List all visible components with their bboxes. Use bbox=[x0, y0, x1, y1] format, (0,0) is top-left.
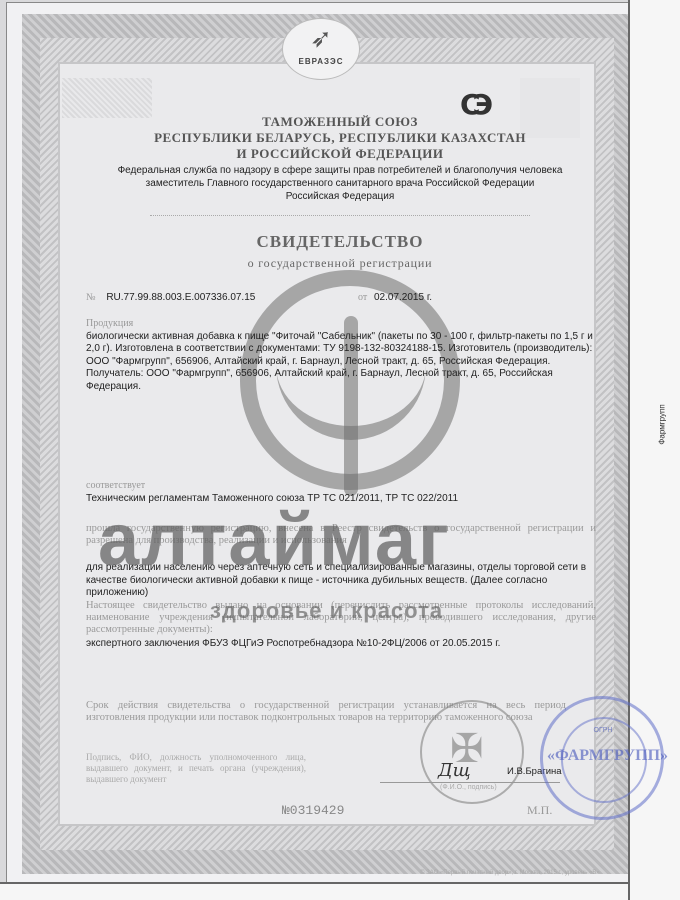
registration-line: № RU.77.99.88.003.Е.007336.07.15 от 02.0… bbox=[86, 292, 596, 305]
conformity-label: соответствует bbox=[86, 480, 596, 493]
margin-note: Фармгрупп bbox=[658, 404, 667, 444]
date-label: от bbox=[358, 292, 367, 305]
watermark-tagline: здоровье и красота bbox=[210, 598, 443, 624]
stamp-firm-name: «ФАРМГРУПП» bbox=[547, 747, 659, 765]
product-text: биологически активная добавка к пище "Фи… bbox=[86, 331, 596, 394]
agency-line-3: Российская Федерация bbox=[90, 190, 590, 203]
scan-bottom-margin bbox=[0, 882, 628, 900]
product-section: Продукция биологически активная добавка … bbox=[86, 318, 596, 393]
divider bbox=[150, 215, 530, 216]
header-line-3: И РОССИЙСКОЙ ФЕДЕРАЦИИ bbox=[90, 146, 590, 162]
watermark-brand: алтаймаг bbox=[98, 500, 451, 580]
security-pattern bbox=[62, 78, 152, 118]
header-line-2: РЕСПУБЛИКИ БЕЛАРУСЬ, РЕСПУБЛИКИ КАЗАХСТА… bbox=[90, 130, 590, 146]
stamp-place-mark: М.П. bbox=[527, 803, 552, 818]
registration-number: RU.77.99.88.003.Е.007336.07.15 bbox=[106, 292, 255, 303]
signature-line bbox=[380, 782, 560, 783]
product-label: Продукция bbox=[86, 318, 596, 331]
document-title: СВИДЕТЕЛЬСТВО bbox=[90, 232, 590, 252]
printer-note: © ЗАО «Первый печатный двор», г. Москва,… bbox=[420, 870, 600, 876]
eaes-label: ЕВРАЗЭС bbox=[283, 57, 359, 66]
registration-date: 02.07.2015 г. bbox=[374, 292, 432, 305]
stamp-ogrn: ОГРН bbox=[573, 727, 633, 734]
signature-caption: (Ф.И.О., подпись) bbox=[440, 784, 497, 791]
number-label: № bbox=[86, 292, 96, 303]
signature-label: Подпись, ФИО, должность уполномоченного … bbox=[86, 752, 306, 785]
eaes-logo: ➶ ЕВРАЗЭС bbox=[282, 18, 360, 80]
agency-line-1: Федеральная служба по надзору в сфере за… bbox=[90, 164, 590, 177]
agency-line-2: заместитель Главного государственного са… bbox=[90, 177, 590, 190]
basis-text: экспертного заключения ФБУЗ ФЦГиЭ Роспот… bbox=[86, 638, 596, 651]
bird-emblem-icon: ➶ bbox=[283, 19, 359, 57]
document-subtitle: о государственной регистрации bbox=[90, 256, 590, 271]
signature: Дщ bbox=[438, 760, 471, 781]
serial-number: №0319429 bbox=[282, 803, 344, 818]
company-stamp: ОГРН «ФАРМГРУПП» bbox=[540, 696, 664, 820]
header-line-1: ТАМОЖЕННЫЙ СОЮЗ bbox=[90, 114, 590, 130]
